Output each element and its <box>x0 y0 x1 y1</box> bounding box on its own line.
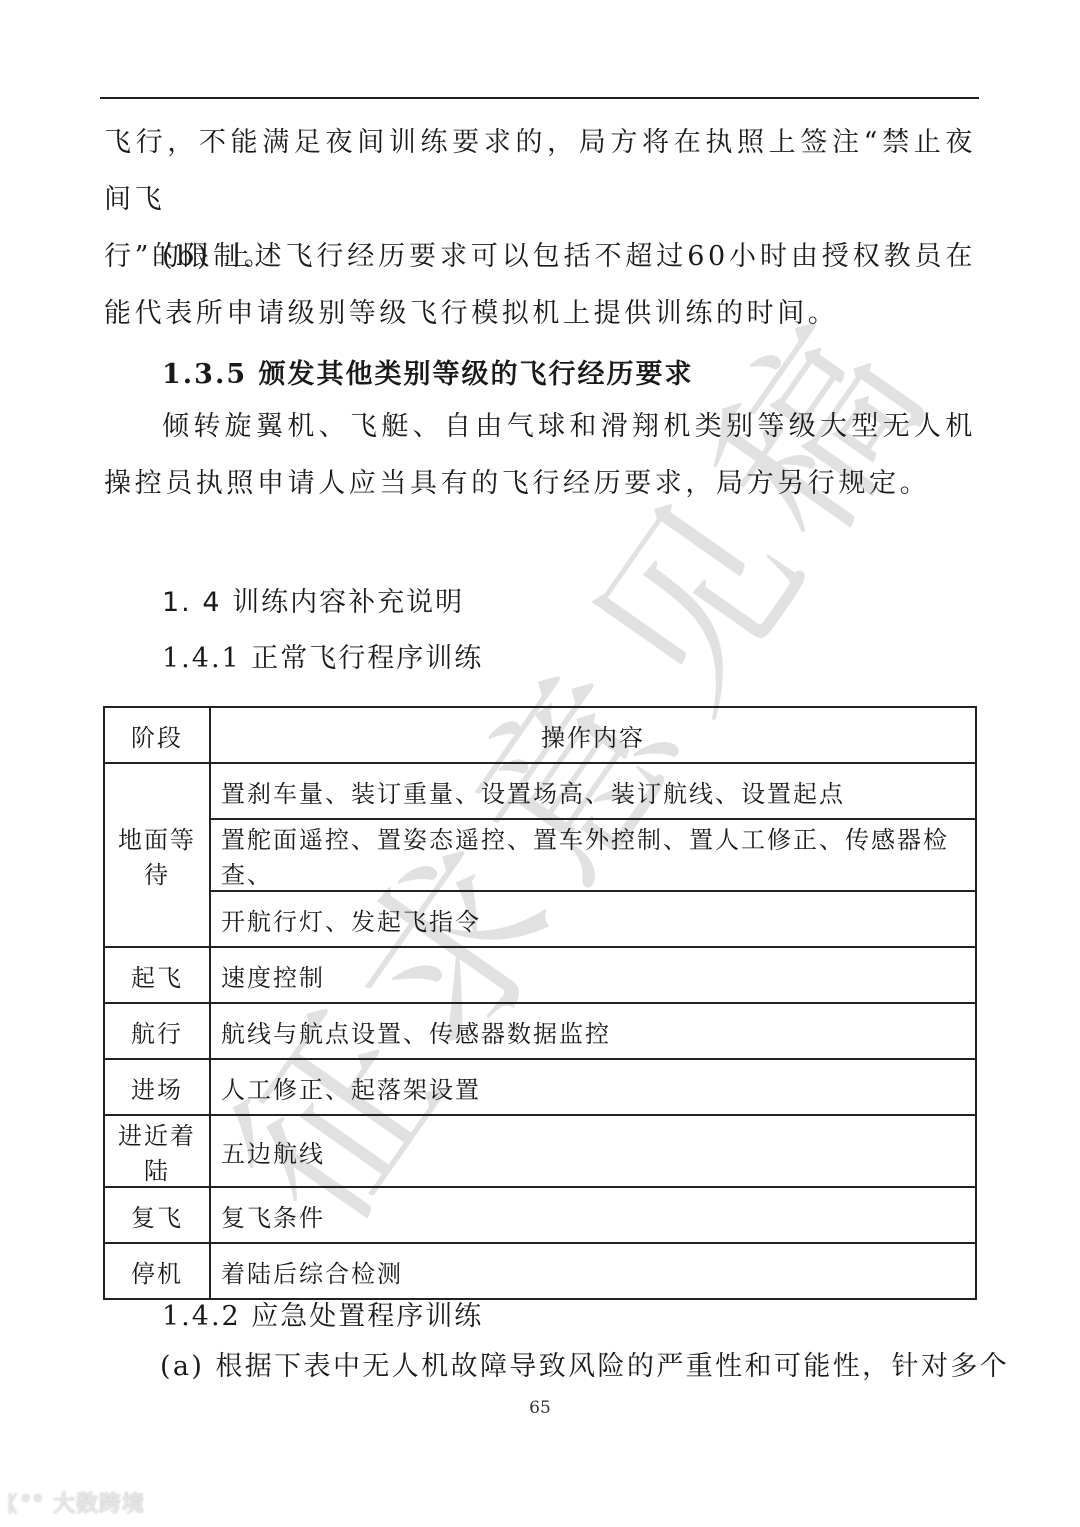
operation-cell: 着陆后综合检测 <box>210 1243 976 1299</box>
table-row: 进场 人工修正、起落架设置 <box>104 1059 976 1115</box>
normal-procedure-table: 阶段 操作内容 地面等待 置刹车量、装订重量、设置场高、装订航线、设置起点 置舵… <box>103 706 977 1300</box>
phase-cell: 航行 <box>104 1003 210 1059</box>
heading-1-4-2: 1.4.2 应急处置程序训练 <box>162 1294 483 1333</box>
header-operations: 操作内容 <box>210 707 976 763</box>
operation-cell: 速度控制 <box>210 947 976 1003</box>
operation-cell: 航线与航点设置、传感器数据监控 <box>210 1003 976 1059</box>
phase-cell: 起飞 <box>104 947 210 1003</box>
operation-cell: 置舵面遥控、置姿态遥控、置车外控制、置人工修正、传感器检查、 <box>210 819 976 891</box>
header-rule <box>100 97 979 99</box>
brand-watermark: ᛕ°° 大数跨境 <box>6 1487 145 1518</box>
table-row: 起飞 速度控制 <box>104 947 976 1003</box>
heading-1-4: 1. 4 训练内容补充说明 <box>162 580 464 619</box>
table-row: 复飞 复飞条件 <box>104 1187 976 1243</box>
table-row: 置舵面遥控、置姿态遥控、置车外控制、置人工修正、传感器检查、 <box>104 819 976 891</box>
header-phase: 阶段 <box>104 707 210 763</box>
operation-cell: 人工修正、起落架设置 <box>210 1059 976 1115</box>
page-number: 65 <box>0 1398 1080 1418</box>
table-row: 地面等待 置刹车量、装订重量、设置场高、装订航线、设置起点 <box>104 763 976 819</box>
paragraph-line: 飞行，不能满足夜间训练要求的，局方将在执照上签注“禁止夜间飞 <box>104 114 976 228</box>
table-row: 开航行灯、发起飞指令 <box>104 891 976 947</box>
heading-1-4-1: 1.4.1 正常飞行程序训练 <box>162 636 483 675</box>
heading-1-3-5: 1.3.5 颁发其他类别等级的飞行经历要求 <box>162 352 694 391</box>
logo-icon: ᛕ°° <box>6 1492 44 1517</box>
table-row: 停机 着陆后综合检测 <box>104 1243 976 1299</box>
paragraph-other-categories: 倾转旋翼机、飞艇、自由气球和滑翔机类别等级大型无人机操控员执照申请人应当具有的飞… <box>104 398 976 512</box>
operation-cell: 复飞条件 <box>210 1187 976 1243</box>
phase-cell: 进近着陆 <box>104 1115 210 1187</box>
phase-cell: 复飞 <box>104 1187 210 1243</box>
operation-cell: 五边航线 <box>210 1115 976 1187</box>
paragraph-a-emergency: (a) 根据下表中无人机故障导致风险的严重性和可能性，针对多个 <box>104 1338 976 1395</box>
phase-cell: 停机 <box>104 1243 210 1299</box>
phase-cell: 进场 <box>104 1059 210 1115</box>
table-header-row: 阶段 操作内容 <box>104 707 976 763</box>
table-row: 航行 航线与航点设置、传感器数据监控 <box>104 1003 976 1059</box>
phase-cell: 地面等待 <box>104 763 210 947</box>
table-row: 进近着陆 五边航线 <box>104 1115 976 1187</box>
brand-label: 大数跨境 <box>53 1492 145 1517</box>
operation-cell: 开航行灯、发起飞指令 <box>210 891 976 947</box>
operation-cell: 置刹车量、装订重量、设置场高、装订航线、设置起点 <box>210 763 976 819</box>
paragraph-b-simulator: (b) 上述飞行经历要求可以包括不超过60小时由授权教员在能代表所申请级别等级飞… <box>104 228 976 342</box>
